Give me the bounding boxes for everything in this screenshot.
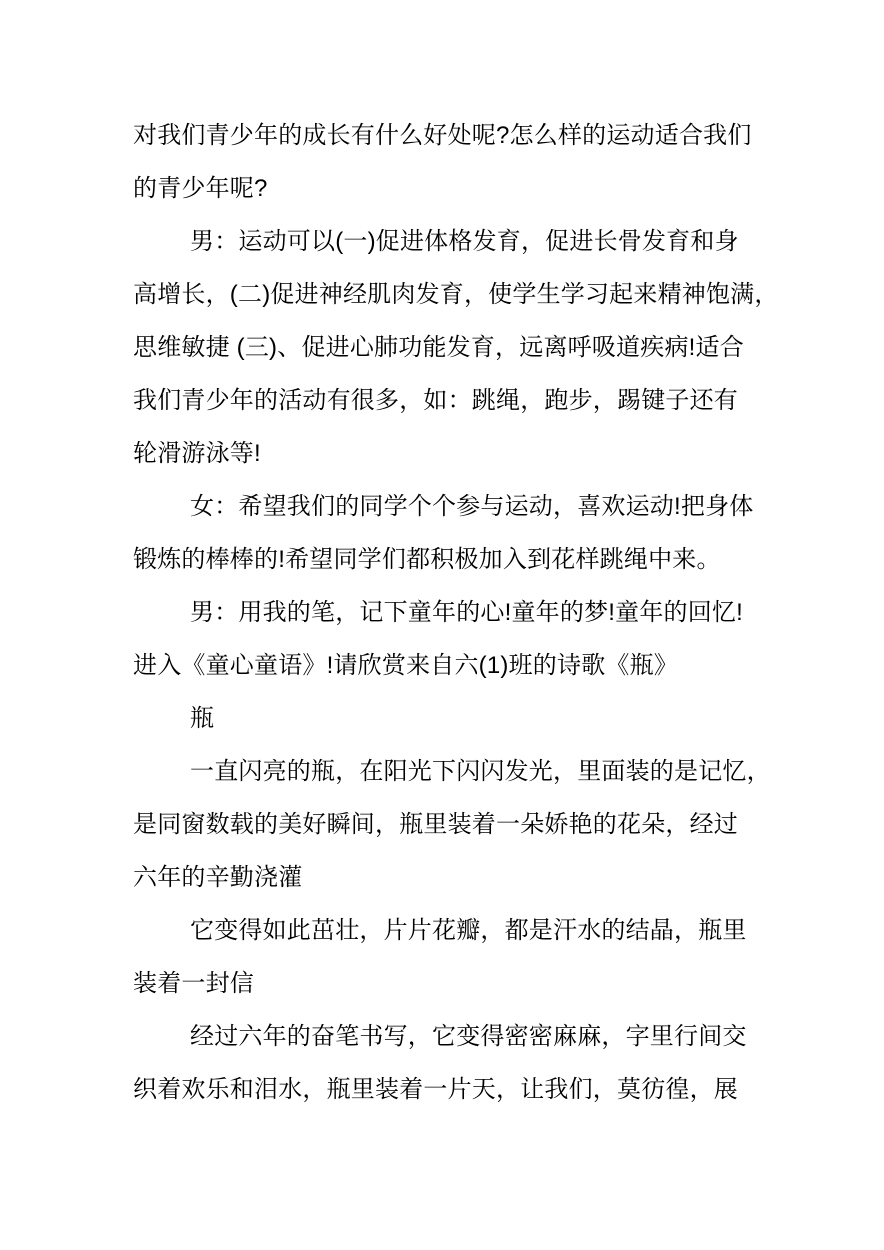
text-line: 是同窗数载的美好瞬间，瓶里装着一朵娇艳的花朵，经过	[133, 798, 761, 851]
text-line: 一直闪亮的瓶，在阳光下闪闪发光，里面装的是记忆，	[133, 745, 761, 798]
text-line: 高增长，(二)促进神经肌肉发育，使学生学习起来精神饱满，	[133, 268, 761, 321]
text-line: 它变得如此茁壮，片片花瓣，都是汗水的结晶，瓶里	[133, 904, 761, 957]
text-line: 对我们青少年的成长有什么好处呢?怎么样的运动适合我们	[133, 109, 761, 162]
document-page: 对我们青少年的成长有什么好处呢?怎么样的运动适合我们的青少年呢?男：运动可以(一…	[0, 0, 884, 1250]
text-line: 进入《童心童语》!请欣赏来自六(1)班的诗歌《瓶》	[133, 639, 761, 692]
text-line: 的青少年呢?	[133, 162, 761, 215]
text-line: 轮滑游泳等!	[133, 427, 761, 480]
text-line: 男：用我的笔，记下童年的心!童年的梦!童年的回忆!	[133, 586, 761, 639]
text-line: 装着一封信	[133, 957, 761, 1010]
text-line: 经过六年的奋笔书写，它变得密密麻麻，字里行间交	[133, 1010, 761, 1063]
text-line: 思维敏捷 (三)、促进心肺功能发育，远离呼吸道疾病!适合	[133, 321, 761, 374]
text-line: 我们青少年的活动有很多，如：跳绳，跑步，踢键子还有	[133, 374, 761, 427]
document-text: 对我们青少年的成长有什么好处呢?怎么样的运动适合我们的青少年呢?男：运动可以(一…	[133, 109, 761, 1116]
text-line: 织着欢乐和泪水，瓶里装着一片天，让我们，莫彷徨，展	[133, 1063, 761, 1116]
text-line: 六年的辛勤浇灌	[133, 851, 761, 904]
text-line: 锻炼的棒棒的!希望同学们都积极加入到花样跳绳中来。	[133, 533, 761, 586]
text-line: 女：希望我们的同学个个参与运动，喜欢运动!把身体	[133, 480, 761, 533]
text-line: 男：运动可以(一)促进体格发育，促进长骨发育和身	[133, 215, 761, 268]
text-line: 瓶	[133, 692, 761, 745]
